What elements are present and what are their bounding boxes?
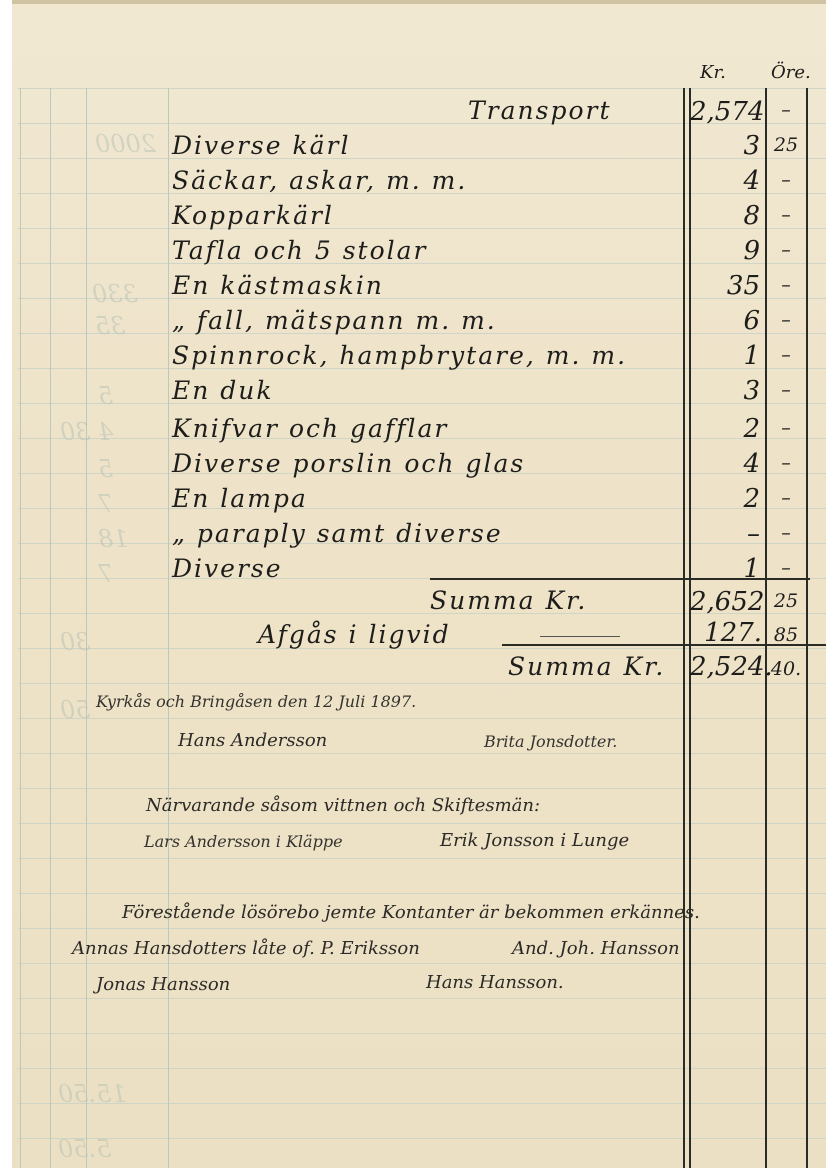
item-kronor: –	[690, 519, 760, 549]
ore-column-right-rule	[806, 88, 808, 1168]
summa-final-label: Summa Kr.	[508, 652, 665, 681]
item-ore: –	[766, 487, 806, 509]
bleed-through-number: 15.50	[58, 1080, 127, 1108]
item-kronor: 6	[690, 306, 760, 336]
item-kronor: 1	[690, 554, 760, 584]
heir-signature: Annas Hansdotters låte of. P. Eriksson	[72, 938, 420, 959]
bleed-through-number: 30	[60, 628, 91, 656]
item-ore: –	[766, 379, 806, 401]
ruled-line	[18, 998, 826, 999]
heir-signature: Jonas Hansson	[96, 974, 230, 995]
page-top-edge	[12, 0, 826, 4]
margin-rule	[20, 88, 21, 1168]
witness-erik-jonsson: Erik Jonsson i Lunge	[440, 830, 629, 851]
ruled-line	[18, 683, 826, 684]
ruled-line	[18, 858, 826, 859]
kronor-header: Kr.	[700, 62, 726, 83]
item-label: „ fall, mätspann m. m.	[172, 306, 497, 335]
ruled-line	[18, 1068, 826, 1069]
bleed-through-number: 35	[95, 312, 126, 340]
item-kronor: 4	[690, 449, 760, 479]
item-label: Diverse porslin och glas	[172, 449, 525, 478]
ruled-line	[18, 823, 826, 824]
witness-intro: Närvarande såsom vittnen och Skiftesmän:	[146, 795, 540, 816]
summa-kronor: 2,652	[690, 587, 762, 617]
item-kronor: 2	[690, 484, 760, 514]
item-ore: –	[766, 522, 806, 544]
item-kronor: 1	[690, 341, 760, 371]
attestation-text: Förestående lösörebo jemte Kontanter är …	[122, 902, 700, 923]
item-kronor: 8	[690, 201, 760, 231]
bleed-through-number: 30	[60, 418, 91, 446]
deduction-ore: 85	[766, 624, 806, 646]
signature-hans-andersson: Hans Andersson	[178, 730, 327, 751]
ruled-line	[18, 893, 826, 894]
item-ore: –	[766, 309, 806, 331]
ruled-line	[18, 1033, 826, 1034]
item-kronor: 4	[690, 166, 760, 196]
heir-signature: And. Joh. Hansson	[512, 938, 680, 959]
item-ore: 25	[766, 134, 806, 156]
item-label: Knifvar och gafflar	[172, 414, 448, 443]
item-label: Kopparkärl	[172, 201, 334, 230]
item-label: Spinnrock, hampbrytare, m. m.	[172, 341, 627, 370]
bleed-through-number: 50	[60, 696, 91, 724]
summa-ore: 25	[766, 590, 806, 612]
summa-label: Summa Kr.	[430, 586, 587, 615]
transport-label: Transport	[468, 96, 612, 125]
item-kronor: 2	[690, 414, 760, 444]
item-ore: –	[766, 204, 806, 226]
ruled-line	[18, 718, 826, 719]
item-kronor: 35	[690, 271, 760, 301]
ruled-line	[18, 928, 826, 929]
item-ore: –	[766, 452, 806, 474]
bleed-through-number: 4	[98, 418, 113, 446]
bleed-through-number: 2000	[95, 130, 156, 158]
bleed-through-number: 330	[92, 280, 138, 308]
bleed-through-number: 18	[98, 525, 129, 553]
deduction-label: Afgås i ligvid	[258, 620, 451, 649]
item-ore: –	[766, 169, 806, 191]
item-kronor: 9	[690, 236, 760, 266]
heir-signature: Hans Hansson.	[426, 972, 564, 993]
bleed-through-number: 5.50	[58, 1135, 111, 1163]
margin-rule	[50, 88, 51, 1168]
ruled-line	[18, 1138, 826, 1139]
item-ore: –	[766, 344, 806, 366]
ruled-line	[18, 753, 826, 754]
bleed-through-number: 5	[98, 455, 113, 483]
kronor-column-left-rule	[683, 88, 685, 1168]
summa-final-ore: 40.	[766, 658, 806, 680]
deduction-kronor: 127.	[690, 618, 762, 648]
item-ore: –	[766, 417, 806, 439]
ruled-line	[18, 963, 826, 964]
item-label: Diverse	[172, 554, 283, 583]
deduction-dash	[540, 636, 620, 637]
ruled-line	[18, 88, 826, 89]
bleed-through-number: 5	[98, 382, 113, 410]
ore-header: Öre.	[771, 62, 811, 83]
item-label: Diverse kärl	[172, 131, 350, 160]
item-ore: –	[766, 274, 806, 296]
item-label: Tafla och 5 stolar	[172, 236, 427, 265]
item-kronor: 3	[690, 131, 760, 161]
scan-margin	[0, 0, 12, 1168]
place-and-date: Kyrkås och Bringåsen den 12 Juli 1897.	[96, 692, 416, 711]
margin-rule	[168, 88, 169, 1168]
transport-ore: –	[766, 99, 806, 121]
transport-kronor: 2,574	[690, 97, 762, 127]
item-label: En kästmaskin	[172, 271, 384, 300]
item-label: „ paraply samt diverse	[172, 519, 503, 548]
item-label: En duk	[172, 376, 274, 405]
ruled-line	[18, 788, 826, 789]
witness-lars-andersson: Lars Andersson i Kläppe	[144, 832, 343, 851]
bleed-through-number: 7	[98, 490, 113, 518]
signature-brita-jonsdotter: Brita Jonsdotter.	[484, 732, 617, 751]
item-ore: –	[766, 557, 806, 579]
item-kronor: 3	[690, 376, 760, 406]
summa-final-kronor: 2,524.	[690, 652, 762, 682]
bleed-through-number: 7	[98, 560, 113, 588]
item-ore: –	[766, 239, 806, 261]
ruled-line	[18, 1103, 826, 1104]
item-label: Säckar, askar, m. m.	[172, 166, 467, 195]
item-label: En lampa	[172, 484, 308, 513]
